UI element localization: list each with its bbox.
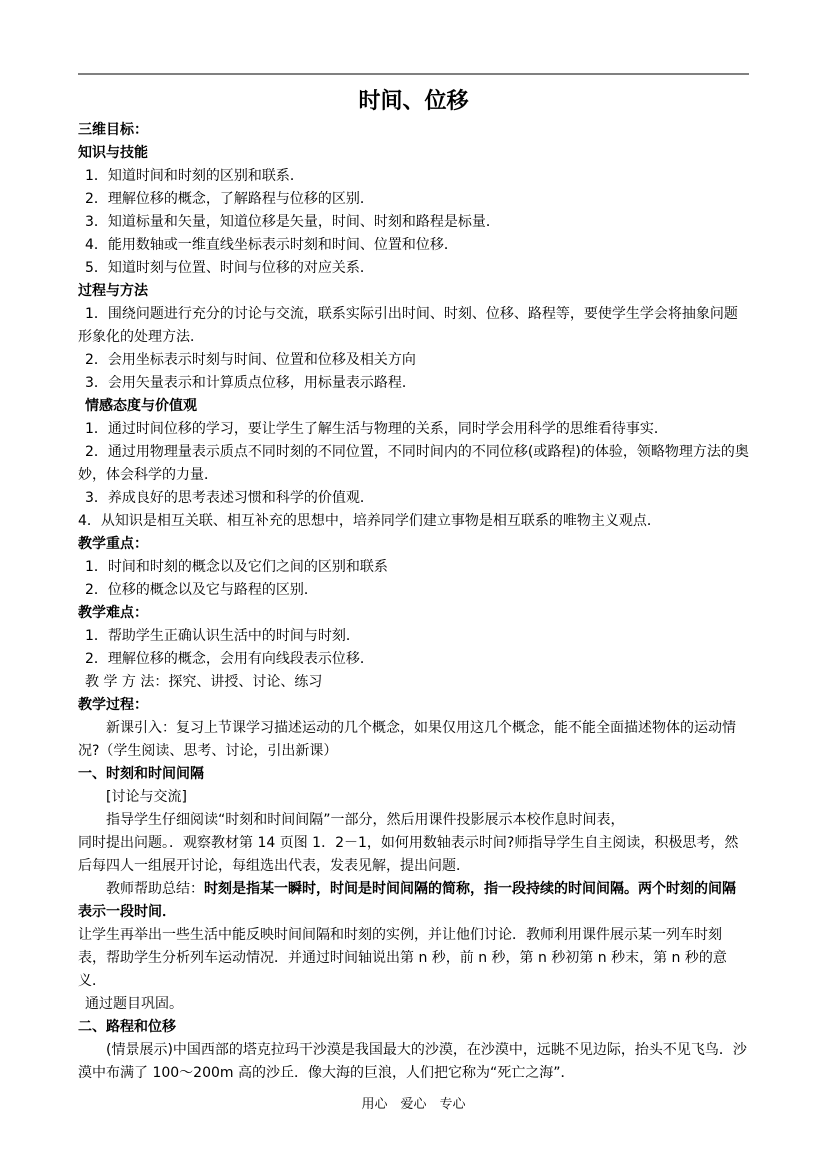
list-item: 2．通过用物理量表示质点不同时刻的不同位置，不同时间内的不同位移(或路程)的体验… xyxy=(78,441,749,487)
header-rule xyxy=(78,73,749,75)
list-item: 1．围绕问题进行充分的讨论与交流，联系实际引出时间、时刻、位移、路程等，要使学生… xyxy=(78,303,749,349)
list-item: 4．从知识是相互关联、相互补充的思想中，培养同学们建立事物是相互联系的唯物主义观… xyxy=(78,510,749,533)
heading-section-2: 二、路程和位移 xyxy=(78,1016,749,1039)
list-item: 5．知道时刻与位置、时间与位移的对应关系． xyxy=(78,257,749,280)
list-item: 2．位移的概念以及它与路程的区别． xyxy=(78,579,749,602)
heading-knowledge-skills: 知识与技能 xyxy=(78,142,749,165)
heading-teaching-difficulty: 教学难点： xyxy=(78,602,749,625)
document-content: 时间、位移 三维目标： 知识与技能 1．知道时间和时刻的区别和联系． 2．理解位… xyxy=(78,0,749,1085)
list-item: 2．会用坐标表示时刻与时间、位置和位移及相关方向 xyxy=(78,349,749,372)
list-item: 3．养成良好的思考表述习惯和科学的价值观． xyxy=(78,487,749,510)
heading-process-methods: 过程与方法 xyxy=(78,280,749,303)
list-item: 4．能用数轴或一维直线坐标表示时刻和时间、位置和位移． xyxy=(78,234,749,257)
document-title: 时间、位移 xyxy=(78,87,749,117)
list-item: 2．理解位移的概念，会用有向线段表示位移． xyxy=(78,648,749,671)
list-item: 1．通过时间位移的学习，要让学生了解生活与物理的关系，同时学会用科学的思维看待事… xyxy=(78,418,749,441)
heading-teaching-process: 教学过程： xyxy=(78,694,749,717)
paragraph: [讨论与交流] xyxy=(78,786,749,809)
summary-prefix: 教师帮助总结： xyxy=(106,881,204,897)
document-page: 时间、位移 三维目标： 知识与技能 1．知道时间和时刻的区别和联系． 2．理解位… xyxy=(0,0,827,1170)
list-item: 2．理解位移的概念，了解路程与位移的区别． xyxy=(78,188,749,211)
teaching-methods-line: 教 学 方 法：探究、讲授、讨论、练习 xyxy=(78,671,749,694)
list-item: 1．帮助学生正确认识生活中的时间与时刻． xyxy=(78,625,749,648)
paragraph: (情景展示)中国西部的塔克拉玛干沙漠是我国最大的沙漠，在沙漠中，远眺不见边际，抬… xyxy=(78,1039,749,1085)
paragraph: 同时提出问题。．观察教材第 14 页图 1．2－1，如何用数轴表示时间?师指导学… xyxy=(78,832,749,878)
paragraph: 通过题目巩固。 xyxy=(78,993,749,1016)
list-item: 3．会用矢量表示和计算质点位移，用标量表示路程． xyxy=(78,372,749,395)
page-footer: 用心 爱心 专心 xyxy=(0,1096,827,1114)
heading-teaching-focus: 教学重点： xyxy=(78,533,749,556)
list-item: 3．知道标量和矢量，知道位移是矢量，时间、时刻和路程是标量． xyxy=(78,211,749,234)
heading-emotion-values: 情感态度与价值观 xyxy=(78,395,749,418)
paragraph: 指导学生仔细阅读“时刻和时间间隔”一部分，然后用课件投影展示本校作息时间表， xyxy=(78,809,749,832)
paragraph: 让学生再举出一些生活中能反映时间间隔和时刻的实例，并让他们讨论．教师利用课件展示… xyxy=(78,924,749,993)
heading-section-1: 一、时刻和时间间隔 xyxy=(78,763,749,786)
heading-three-dim-goals: 三维目标： xyxy=(78,119,749,142)
list-item: 1．时间和时刻的概念以及它们之间的区别和联系 xyxy=(78,556,749,579)
list-item: 1．知道时间和时刻的区别和联系． xyxy=(78,165,749,188)
paragraph: 教师帮助总结：时刻是指某一瞬时，时间是时间间隔的简称，指一段持续的时间间隔。两个… xyxy=(78,878,749,924)
paragraph: 新课引入：复习上节课学习描述运动的几个概念，如果仅用这几个概念，能不能全面描述物… xyxy=(78,717,749,763)
